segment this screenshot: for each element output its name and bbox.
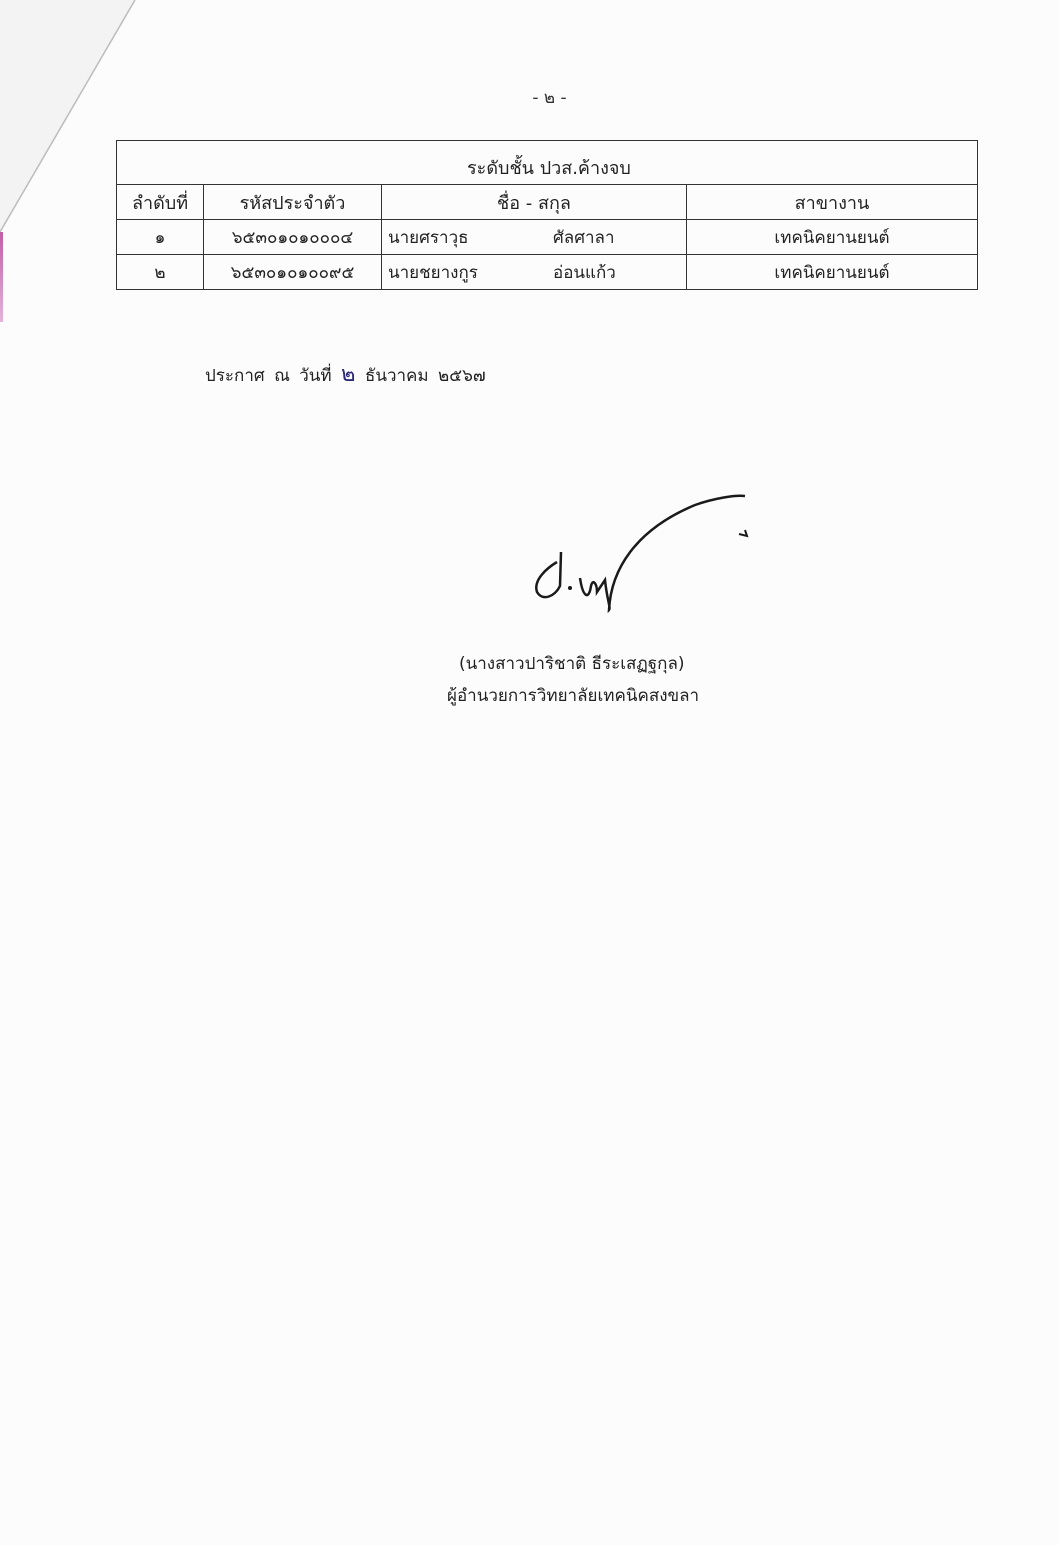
header-dept: สาขางาน [687,185,978,220]
row-no: ๑ [117,220,204,255]
header-name: ชื่อ - สกุล [382,185,687,220]
header-id: รหัสประจำตัว [204,185,382,220]
row-id: ๖๕๓๐๑๐๑๐๐๐๔ [204,220,382,255]
signer-position: ผู้อำนวยการวิทยาลัยเทคนิคสงขลา [447,680,717,712]
table-row: ๒ ๖๕๓๐๑๐๑๐๐๙๕ นายชยางกูรอ่อนแก้ว เทคนิคย… [117,255,978,290]
student-table: ระดับชั้น ปวส.ค้างจบ ลำดับที่ รหัสประจำต… [116,140,978,290]
first-name: นายชยางกูร [388,259,553,286]
table-title: ระดับชั้น ปวส.ค้างจบ [117,141,978,185]
first-name: นายศราวุธ [388,224,553,251]
last-name: ศัลศาลา [553,224,615,251]
announce-month-year: ธันวาคม ๒๕๖๗ [365,366,486,386]
row-no: ๒ [117,255,204,290]
last-name: อ่อนแก้ว [553,259,616,286]
page-edge [0,232,3,322]
row-dept: เทคนิคยานยนต์ [687,220,978,255]
signer-block: (นางสาวปาริชาติ ธีระเสฏฐกุล) ผู้อำนวยการ… [447,648,717,712]
signer-name: (นางสาวปาริชาติ ธีระเสฏฐกุล) [447,648,717,680]
row-dept: เทคนิคยานยนต์ [687,255,978,290]
signature [525,490,755,620]
row-name: นายศราวุธศัลศาลา [382,220,687,255]
page-number: - ๒ - [0,84,1059,111]
announcement-date: ประกาศ ณ วันที่ ๒ ธันวาคม ๒๕๖๗ [205,356,486,391]
header-no: ลำดับที่ [117,185,204,220]
table-row: ๑ ๖๕๓๐๑๐๑๐๐๐๔ นายศราวุธศัลศาลา เทคนิคยาน… [117,220,978,255]
announce-prefix: ประกาศ ณ วันที่ [205,366,332,386]
row-name: นายชยางกูรอ่อนแก้ว [382,255,687,290]
announce-day: ๒ [341,362,356,387]
row-id: ๖๕๓๐๑๐๑๐๐๙๕ [204,255,382,290]
